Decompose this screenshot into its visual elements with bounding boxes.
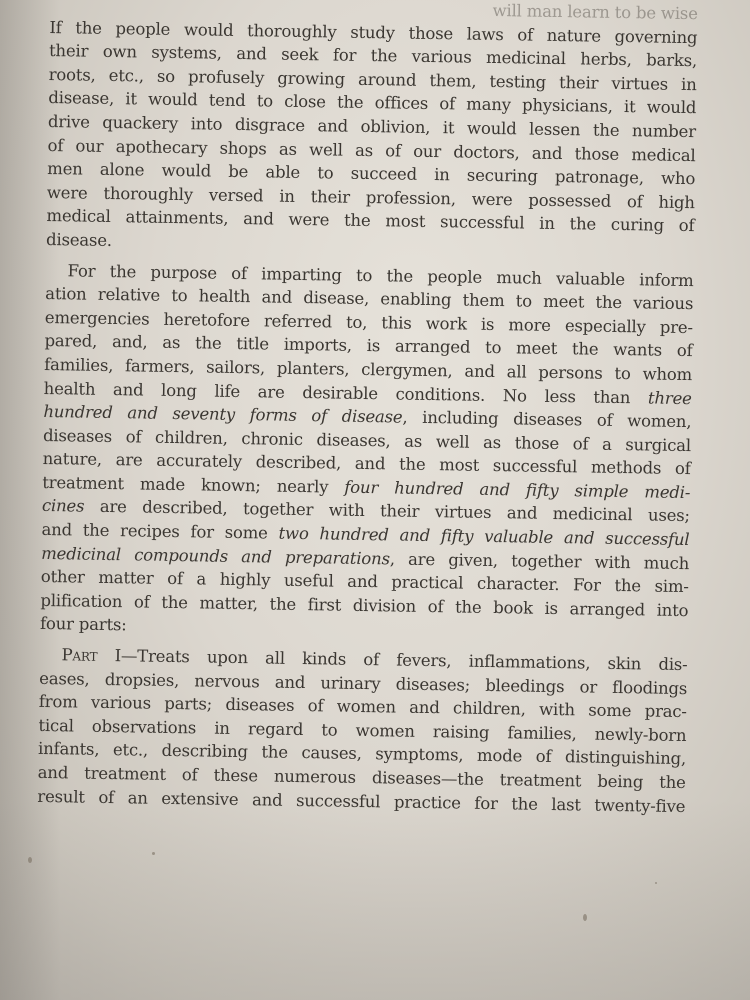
paragraph-part-one: Part I—Treats upon all kinds of fevers, … (37, 643, 688, 818)
text-run: treatment made known; nearly (42, 473, 344, 497)
paragraph-intro: will man learn to be wise If the people … (46, 0, 698, 262)
italic-run: four hundred and fifty simple medi- (344, 478, 690, 502)
paper-speck (152, 852, 155, 855)
book-page: will man learn to be wise If the people … (37, 0, 698, 818)
italic-run: three (648, 388, 692, 408)
text-run: , including diseases of women, (402, 408, 691, 432)
italic-run: hundred and seventy forms of disease (43, 402, 402, 427)
paper-speck (28, 857, 32, 863)
italic-run: medicinal compounds and preparations (41, 544, 390, 568)
page-shadow-bottom (0, 800, 750, 1000)
paper-speck (583, 914, 587, 921)
text-run: and the recipes for some (41, 520, 278, 543)
paragraph-purpose: For the purpose of imparting to the peop… (40, 258, 694, 646)
italic-run: two hundred and fifty valuable and succe… (278, 524, 689, 549)
italic-run: cines (42, 496, 85, 516)
paper-speck (655, 882, 657, 884)
text-run: , are given, together with much (390, 549, 690, 573)
part-label: Part I (61, 645, 121, 665)
